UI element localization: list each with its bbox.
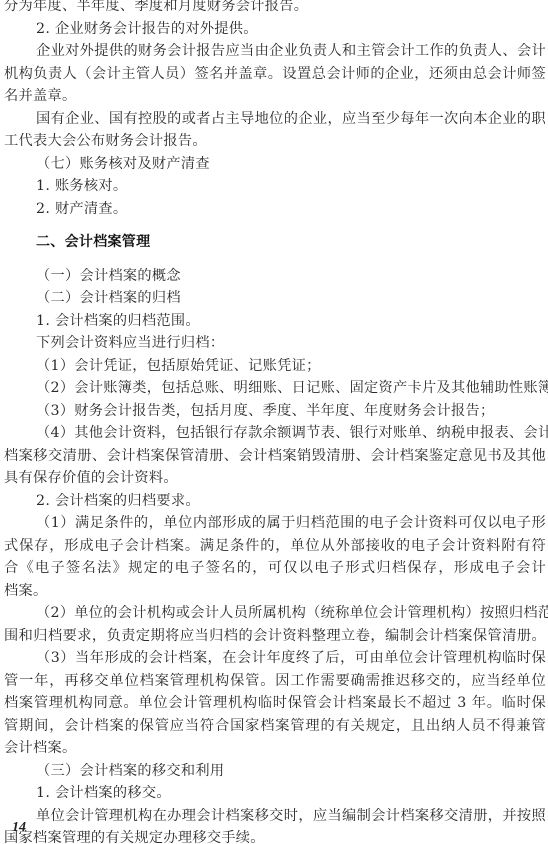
- text-line: （2）单位的会计机构或会计人员所属机构（统称单位会计管理机构）按照归档范: [4, 602, 546, 625]
- text-line: 合《电子签名法》规定的电子签名的，可仅以电子形式归档保存，形成电子会计: [4, 557, 546, 580]
- text-line: 档案移交清册、会计档案保管清册、会计档案销毁清册、会计档案鉴定意见书及其他: [4, 445, 546, 468]
- text-line: 分为年度、半年度、季度和月度财务会计报告。: [4, 0, 546, 18]
- text-line: 管一年，再移交单位档案管理机构保管。因工作需要确需推迟移交的，应当经单位: [4, 670, 546, 693]
- text-line: 2. 财产清查。: [4, 198, 546, 221]
- text-line: 档案。: [4, 580, 546, 603]
- text-line: 档案管理机构同意。单位会计管理机构临时保管会计档案最长不超过 3 年。临时保: [4, 692, 546, 715]
- text-line: 国有企业、国有控股的或者占主导地位的企业，应当至少每年一次向本企业的职: [4, 108, 546, 131]
- text-line: 式保存，形成电子会计档案。满足条件的，单位从外部接收的电子会计资料附有符: [4, 535, 546, 558]
- page-number: 14: [12, 820, 26, 836]
- text-line: （1）满足条件的，单位内部形成的属于归档范围的电子会计资料可仅以电子形: [4, 512, 546, 535]
- text-line: 企业对外提供的财务会计报告应当由企业负责人和主管会计工作的负责人、会计: [4, 40, 546, 63]
- text-line: 工代表大会公布财务会计报告。: [4, 130, 546, 153]
- text-line: 国家档案管理的有关规定办理移交手续。: [4, 827, 546, 844]
- text-line: 1. 会计档案的归档范围。: [4, 310, 546, 333]
- text-line: 1. 账务核对。: [4, 175, 546, 198]
- text-line: （一）会计档案的概念: [4, 265, 546, 288]
- text-line: 单位会计管理机构在办理会计档案移交时，应当编制会计档案移交清册，并按照: [4, 805, 546, 828]
- text-line: 管期间，会计档案的保管应当符合国家档案管理的有关规定，且出纳人员不得兼管: [4, 715, 546, 738]
- section-heading: 二、会计档案管理: [4, 231, 546, 254]
- text-line: （三）会计档案的移交和利用: [4, 760, 546, 783]
- text-line: （七）账务核对及财产清查: [4, 153, 546, 176]
- text-line: 名并盖章。: [4, 85, 546, 108]
- text-line: 2. 企业财务会计报告的对外提供。: [4, 18, 546, 41]
- text-line: 1. 会计档案的移交。: [4, 782, 546, 805]
- text-line: 具有保存价值的会计资料。: [4, 467, 546, 490]
- text-line: 围和归档要求，负责定期将应当归档的会计资料整理立卷，编制会计档案保管清册。: [4, 625, 546, 648]
- text-line: 2. 会计档案的归档要求。: [4, 490, 546, 513]
- text-line: （二）会计档案的归档: [4, 287, 546, 310]
- document-page: 分为年度、半年度、季度和月度财务会计报告。2. 企业财务会计报告的对外提供。企业…: [4, 0, 546, 844]
- text-line: 机构负责人（会计主管人员）签名并盖章。设置总会计师的企业，还须由总会计师签: [4, 63, 546, 86]
- spacer: [4, 254, 546, 265]
- text-line: （2）会计账簿类，包括总账、明细账、日记账、固定资产卡片及其他辅助性账簿；: [4, 377, 546, 400]
- text-line: （4）其他会计资料，包括银行存款余额调节表、银行对账单、纳税申报表、会计: [4, 422, 546, 445]
- text-line: （1）会计凭证，包括原始凭证、记账凭证；: [4, 355, 546, 378]
- text-line: （3）当年形成的会计档案，在会计年度终了后，可由单位会计管理机构临时保: [4, 647, 546, 670]
- text-line: 会计档案。: [4, 737, 546, 760]
- text-line: 下列会计资料应当进行归档：: [4, 332, 546, 355]
- spacer: [4, 220, 546, 231]
- text-line: （3）财务会计报告类，包括月度、季度、半年度、年度财务会计报告；: [4, 400, 546, 423]
